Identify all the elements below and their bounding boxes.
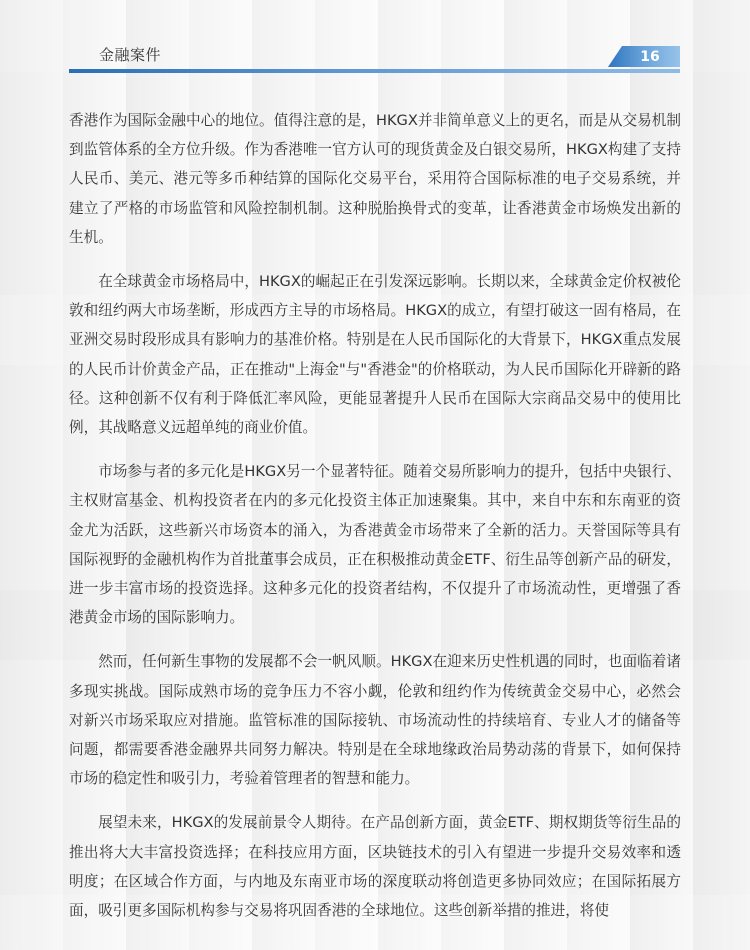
- header-divider: [69, 69, 680, 73]
- paragraph: 香港作为国际金融中心的地位。值得注意的是，HKGX并非简单意义上的更名，而是从交…: [69, 106, 681, 252]
- paragraph: 市场参与者的多元化是HKGX另一个显著特征。随着交易所影响力的提升，包括中央银行…: [69, 457, 681, 632]
- paragraph: 然而，任何新生事物的发展都不会一帆风顺。HKGX在迎来历史性机遇的同时，也面临着…: [69, 647, 681, 793]
- page-number-badge: 16: [608, 46, 680, 67]
- paragraph: 展望未来，HKGX的发展前景令人期待。在产品创新方面，黄金ETF、期权期货等衍生…: [69, 808, 681, 925]
- document-page: 金融案件 16 香港作为国际金融中心的地位。值得注意的是，HKGX并非简单意义上…: [0, 0, 750, 950]
- article-body: 香港作为国际金融中心的地位。值得注意的是，HKGX并非简单意义上的更名，而是从交…: [69, 106, 681, 940]
- paragraph: 在全球黄金市场格局中，HKGX的崛起正在引发深远影响。长期以来，全球黄金定价权被…: [69, 267, 681, 442]
- section-title: 金融案件: [99, 44, 161, 65]
- page-number: 16: [640, 49, 659, 65]
